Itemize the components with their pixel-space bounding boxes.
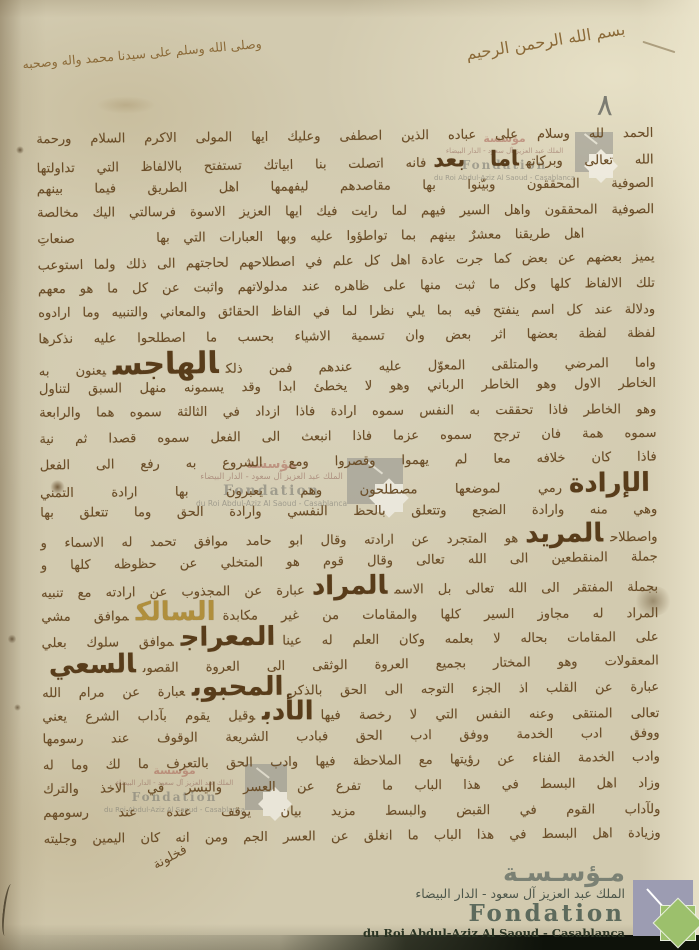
line-text: وزاد اهل البسط في هذا الباب ما تفرع عن ا… bbox=[43, 776, 660, 797]
line-text: ووفق ادب الخدمة ووفق ادب الحق فبادب الشر… bbox=[43, 726, 660, 747]
paper-crease bbox=[643, 41, 676, 53]
manuscript-line: وهو الخاطر فاذا تحققت به النفس سموه اراد… bbox=[39, 397, 656, 426]
line-text: وهي منه وارادة الضجع وتتعلق بالحظ النفسي… bbox=[40, 502, 657, 521]
manuscript-page-scan: بسم الله الرحمن الرحيم وصلى الله وسلم عل… bbox=[0, 0, 699, 950]
line-text: وقيل يقوم بآداب الشرع يعني bbox=[42, 709, 255, 725]
banner-title-fr: Fondation bbox=[363, 902, 625, 926]
rubric-word: السالك bbox=[136, 597, 216, 627]
manuscript-line: وهي منه وارادة الضجع وتتعلق بالحظ النفسي… bbox=[40, 497, 657, 526]
line-text: يعنون به bbox=[39, 364, 106, 380]
line-text: الله تعالى وبركاته bbox=[526, 152, 654, 169]
line-text: يميز بعضهم عن بعض كما جرت عادة اهل كل عل… bbox=[38, 249, 655, 273]
rubric-word: المراد bbox=[312, 571, 388, 602]
line-text: فانه اتصلت بنا ابياتك تستفتح بالالفاظ ال… bbox=[37, 156, 427, 177]
line-text: سموه همة فان ترجح سموه عزما فاذا انبعث ا… bbox=[39, 426, 656, 447]
ink-speck bbox=[14, 704, 21, 711]
line-text: ولآداب القوم في القبض والبسط مزيد بيان ي… bbox=[43, 802, 660, 821]
rubric-word: اما بعد bbox=[433, 146, 519, 171]
line-text: ودلالة عند كل اسم ينفتح فيه بما يلي نظرا… bbox=[38, 302, 655, 321]
line-text: الصوفية المحققون وبيّنوا بها مقاصدهم ليف… bbox=[37, 176, 654, 197]
line-text: تلك الالفاظ كلها وكل ما ثبت منها على ظاه… bbox=[38, 276, 655, 297]
line-text: واصطلاح bbox=[610, 530, 658, 545]
line-text: وهو الخاطر فاذا تحققت به النفس سموه اراد… bbox=[39, 402, 656, 421]
manuscript-line: تعالى المنتقى وعنه النفس التي لا رخصة في… bbox=[42, 697, 659, 726]
manuscript-line: ودلالة عند كل اسم ينفتح فيه بما يلي نظرا… bbox=[38, 297, 655, 326]
line-text: بجملة المفتقر الى الله تعالى بل الاسم bbox=[394, 580, 658, 598]
line-text: تعالى المنتقى وعنه النفس التي لا رخصة في… bbox=[321, 706, 660, 723]
line-text: فاذا كان خلافه معا لم يهموا وقصروا ومع ا… bbox=[40, 449, 657, 473]
manuscript-text-block: الحمد لله وسلام على عباده الذين اصطفى وع… bbox=[36, 121, 661, 852]
manuscript-line: المراد له مجاوز السير كلها والمقامات من … bbox=[41, 597, 658, 626]
manuscript-line: ولآداب القوم في القبض والبسط مزيد بيان ي… bbox=[43, 797, 660, 826]
rubric-word: الهاجس bbox=[113, 346, 219, 383]
green-star-icon bbox=[661, 906, 695, 940]
page-edge-curl bbox=[0, 884, 16, 937]
line-text: وادب الخدمة الفناء عن رؤيتها مع الملاحظة… bbox=[43, 749, 660, 773]
basmala-inscription: بسم الله الرحمن الرحيم bbox=[428, 14, 663, 70]
line-text: المراد له مجاوز السير كلها والمقامات من … bbox=[223, 606, 659, 624]
ink-speck bbox=[8, 634, 16, 644]
manuscript-line: الصوفية المحققون واهل السير فيهم لما راي… bbox=[37, 197, 654, 226]
rubric-word: الإرادة bbox=[569, 468, 650, 499]
banner-subtitle-fr: du Roi Abdul-Aziz Al Saoud - Casablanca bbox=[363, 926, 625, 940]
foundation-banner: مـؤسـسـة الملك عبد العزيز آل سعود - الدا… bbox=[369, 872, 699, 950]
foxing-stain bbox=[96, 96, 156, 114]
banner-title-ar: مـؤسـسـة bbox=[363, 861, 625, 885]
line-text: الصوفية المحققون واهل السير فيهم لما راي… bbox=[37, 202, 654, 221]
line-text: لفظة لفظة بعضها اثر بعض وان تسمية الاشيا… bbox=[38, 326, 655, 347]
line-text: الحمد لله وسلام على عباده الذين اصطفى وع… bbox=[36, 126, 653, 147]
manuscript-line: وزيادة اهل البسط في هذا الباب ما انغلق ع… bbox=[44, 821, 661, 852]
line-text: عبارة عن مرام الله bbox=[42, 685, 185, 701]
line-text: عبارة عن القلب اذ الجزء التوجه الى الحق … bbox=[290, 680, 659, 699]
line-text: اهل طريقنا معشرٌ بينهم بما تواطؤوا عليه … bbox=[37, 227, 584, 248]
salawat-inscription: وصلى الله وسلم على سيدنا محمد واله وصحبه bbox=[4, 36, 262, 73]
line-text: جملة المنقطعين الى الله تعالى وقال قوم ه… bbox=[41, 549, 658, 573]
line-text: موافق مشي bbox=[41, 609, 129, 625]
foundation-logo-icon bbox=[633, 880, 697, 940]
rubric-word: السعي bbox=[49, 649, 136, 680]
ink-speck bbox=[16, 146, 24, 154]
rubric-word: الأدب bbox=[262, 696, 314, 726]
line-text: وزيادة اهل البسط في هذا الباب ما انغلق ع… bbox=[44, 826, 661, 847]
folio-number: ٨ bbox=[596, 88, 613, 124]
foundation-banner-text: مـؤسـسـة الملك عبد العزيز آل سعود - الدا… bbox=[363, 861, 625, 940]
